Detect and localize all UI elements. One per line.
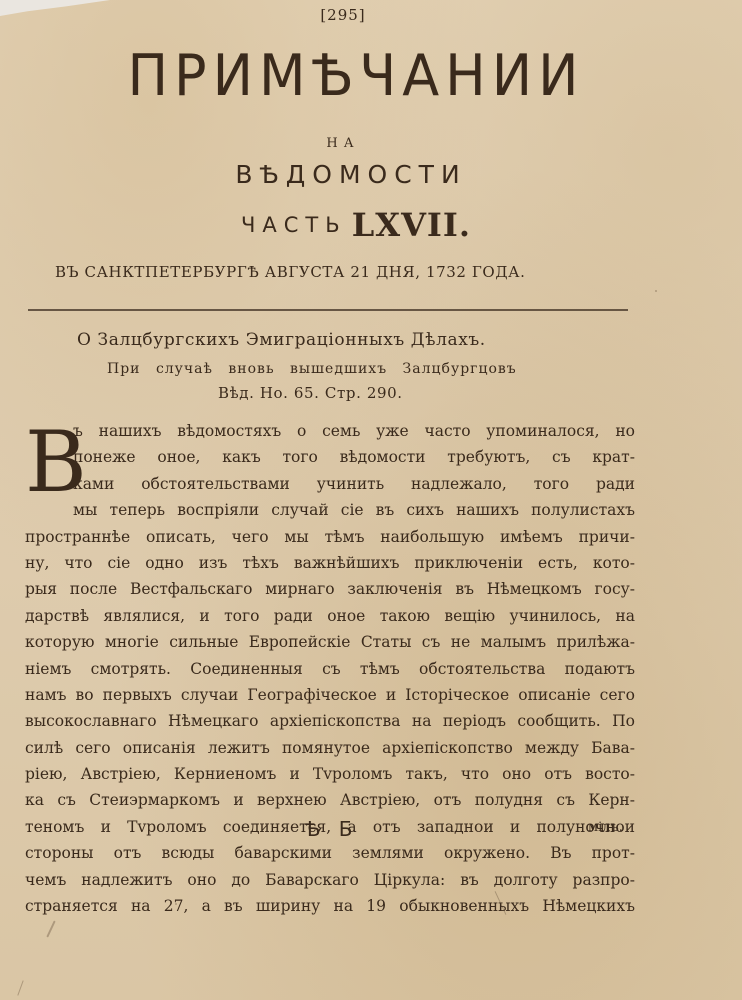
text-line: которую многіе сильные Европейскіе Статы… bbox=[25, 629, 635, 655]
text-line: намъ во первыхъ случаи Географіческое и … bbox=[25, 682, 635, 708]
text-line: высокославнаго Нѣмецкаго архіепіскопства… bbox=[25, 708, 635, 734]
paper-speck bbox=[46, 920, 55, 937]
text-line: ками обстоятельствами учинить надлежало,… bbox=[25, 471, 635, 497]
page-number: [295] bbox=[0, 6, 742, 24]
horizontal-rule bbox=[28, 309, 628, 311]
text-line: страняется на 27, а въ ширину на 19 обык… bbox=[25, 893, 635, 919]
text-line: понеже оное, какъ того вѣдомости требуют… bbox=[25, 444, 635, 470]
section-heading: О Залцбургскихъ Эмиграціонныхъ Дѣлахъ. bbox=[77, 330, 486, 350]
part-number: LXVII. bbox=[352, 206, 471, 244]
text-line: рыя после Вестфальскаго мирнаго заключен… bbox=[25, 576, 635, 602]
text-line: силѣ сего описанія лежитъ помянутое архі… bbox=[25, 735, 635, 761]
section-reference: Вѣд. Но. 65. Стр. 290. bbox=[218, 384, 403, 402]
signature-mark: Ѣ Б bbox=[305, 817, 359, 841]
text-line: ріею, Австріею, Керниеномъ и Тvроломъ та… bbox=[25, 761, 635, 787]
text-line: ъ нашихъ вѣдомостяхъ о семь уже часто уп… bbox=[25, 418, 635, 444]
text-line: мы теперь воспріяли случай сіе въ сихъ н… bbox=[25, 497, 635, 523]
page-footer: Ѣ Б мілъ. bbox=[0, 817, 742, 847]
text-line: чемъ надлежитъ оно до Баварскаго Ціркула… bbox=[25, 867, 635, 893]
drop-cap: В bbox=[25, 420, 87, 504]
page-title: ПРИМѢЧАНИИ bbox=[0, 42, 742, 108]
section-subheading-1: При случаѣ вновь вышедшихъ Залцбургцовъ bbox=[107, 361, 517, 377]
subtitle-vedomosti: ВѢДОМОСТИ bbox=[0, 160, 742, 189]
document-page: [295] ПРИМѢЧАНИИ НА ВѢДОМОСТИ ЧАСТЬ LXVI… bbox=[0, 0, 742, 1000]
text-line: ну, что сіе одно изъ тѣхъ важнѣйшихъ при… bbox=[25, 550, 635, 576]
paper-speck bbox=[175, 903, 177, 905]
paper-speck bbox=[655, 290, 657, 292]
text-line: пространнѣе описать, чего мы тѣмъ наибол… bbox=[25, 524, 635, 550]
text-line: ка съ Стеиэрмаркомъ и верхнею Австріею, … bbox=[25, 787, 635, 813]
dateline: ВЪ САНКТПЕТЕРБУРГѢ АВГУСТА 21 ДНЯ, 1732 … bbox=[55, 263, 525, 281]
text-line: ніемъ смотрять. Соединенныя съ тѣмъ обст… bbox=[25, 656, 635, 682]
part-line: ЧАСТЬ LXVII. bbox=[0, 206, 742, 244]
subtitle-na: НА bbox=[0, 136, 742, 151]
part-label: ЧАСТЬ bbox=[241, 213, 347, 237]
text-line: дарствѣ являлися, и того ради оное такою… bbox=[25, 603, 635, 629]
paper-speck bbox=[17, 980, 23, 995]
catchword: мілъ. bbox=[588, 820, 623, 835]
